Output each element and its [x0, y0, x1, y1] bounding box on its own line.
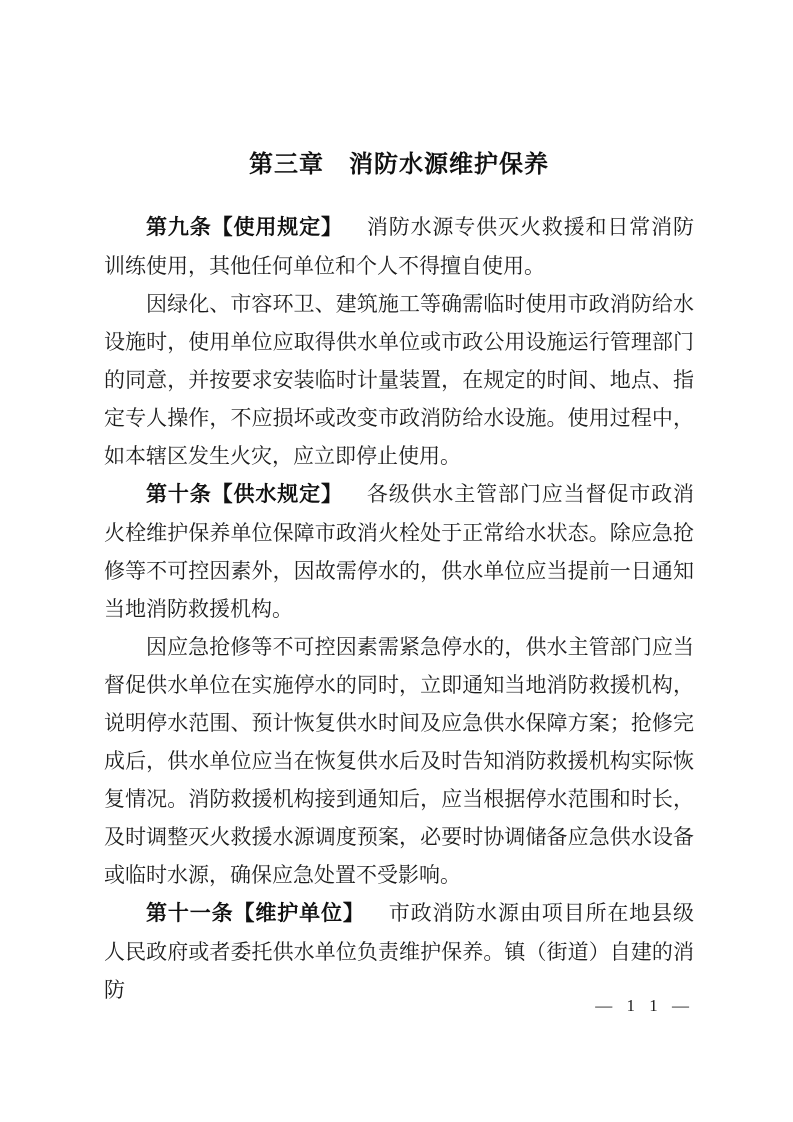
article-11-heading: 第十一条【维护单位】 — [146, 902, 365, 925]
article-10-continuation-paragraph: 因应急抢修等不可控因素需紧急停水的，供水主管部门应当督促供水单位在实施停水的同时… — [104, 628, 694, 894]
document-content: 第三章 消防水源维护保养 第九条【使用规定】消防水源专供灭火救援和日常消防训练使… — [104, 150, 694, 1009]
article-9-continuation-paragraph: 因绿化、市容环卫、建筑施工等确需临时使用市政消防给水设施时，使用单位应取得供水单… — [104, 285, 694, 475]
article-10-paragraph: 第十条【供水规定】各级供水主管部门应当督促市政消火栓维护保养单位保障市政消火栓处… — [104, 475, 694, 628]
chapter-title: 第三章 消防水源维护保养 — [104, 150, 694, 180]
article-11-paragraph: 第十一条【维护单位】市政消防水源由项目所在地县级人民政府或者委托供水单位负责维护… — [104, 894, 694, 1009]
article-9-paragraph: 第九条【使用规定】消防水源专供灭火救援和日常消防训练使用，其他任何单位和个人不得… — [104, 208, 694, 285]
document-page: 第三章 消防水源维护保养 第九条【使用规定】消防水源专供灭火救援和日常消防训练使… — [0, 0, 793, 1122]
page-number: — 1 1 — — [595, 996, 694, 1016]
article-9-heading: 第九条【使用规定】 — [146, 216, 343, 239]
paragraph-text: 因绿化、市容环卫、建筑施工等确需临时使用市政消防给水设施时，使用单位应取得供水单… — [104, 292, 694, 468]
article-10-heading: 第十条【供水规定】 — [146, 483, 343, 506]
paragraph-text: 因应急抢修等不可控因素需紧急停水的，供水主管部门应当督促供水单位在实施停水的同时… — [104, 635, 694, 887]
